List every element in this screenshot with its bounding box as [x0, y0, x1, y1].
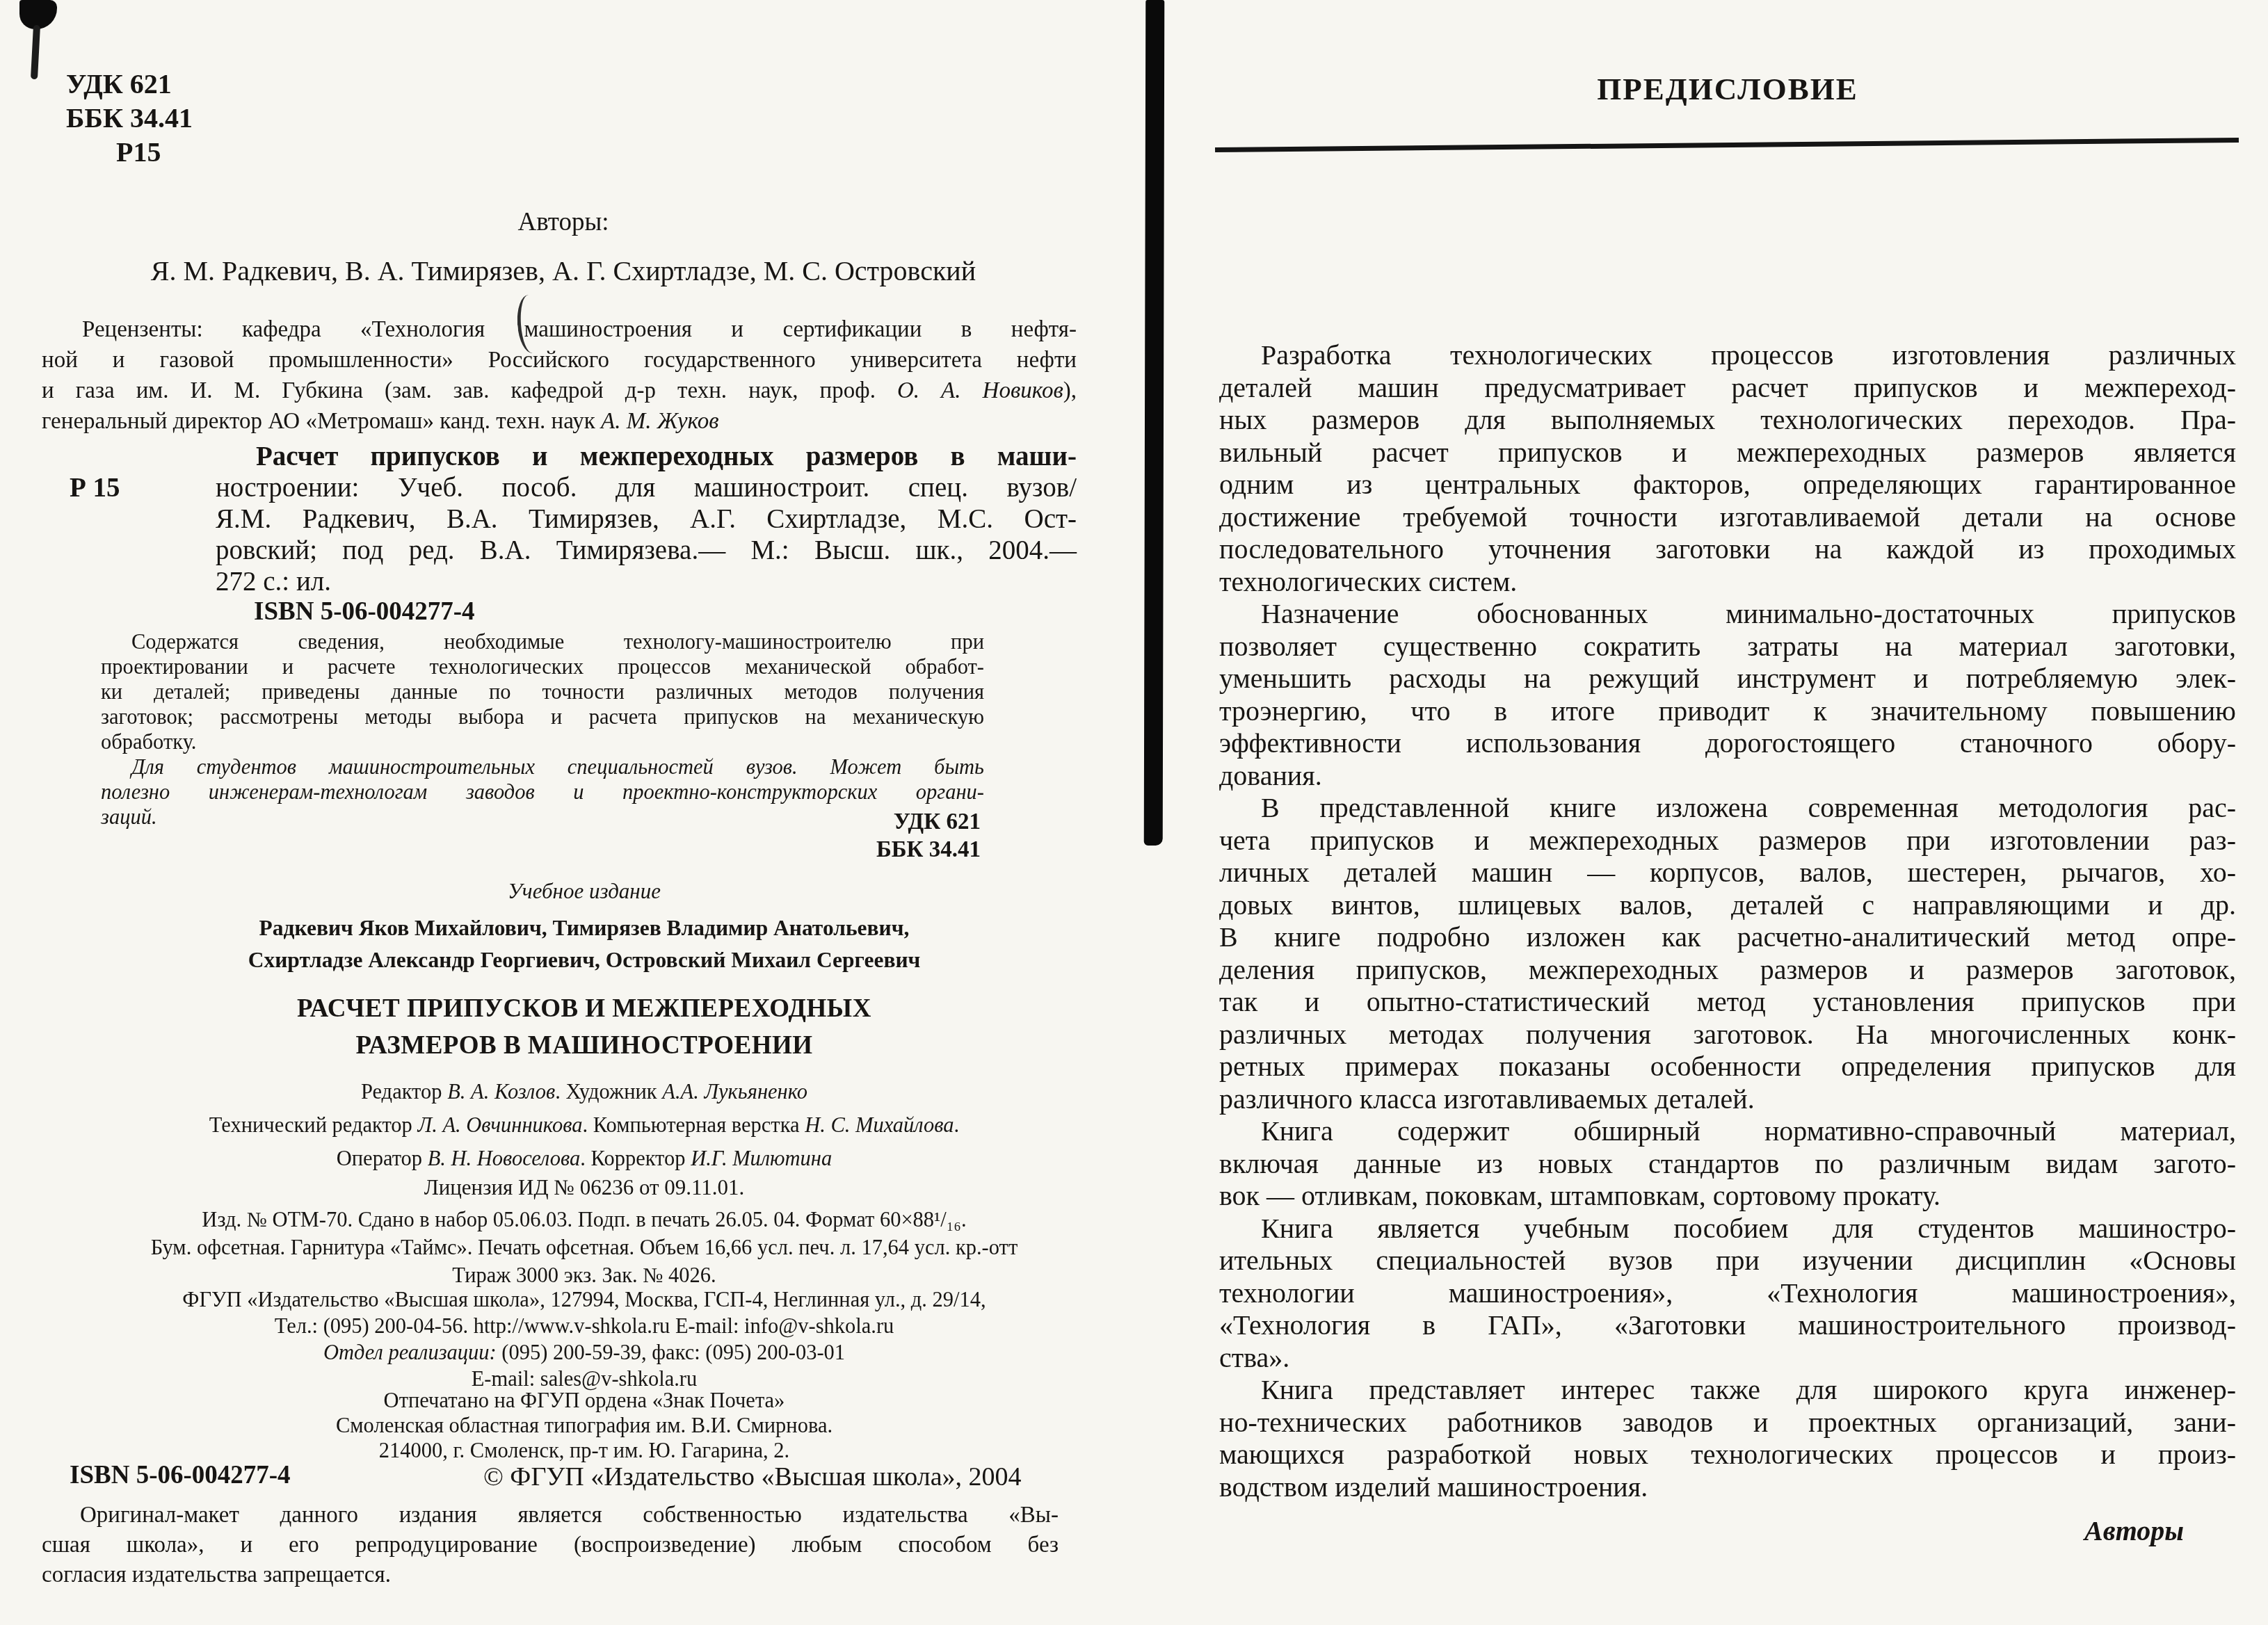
text-line: Изд. № ОТМ-70. Сдано в набор 05.06.03. П…	[63, 1206, 1106, 1234]
text-line: чета припусков и межпереходных размеров …	[1219, 825, 2236, 857]
text-segment: А. М. Жуков	[601, 409, 719, 434]
text-line: ной и газовой промышленности» Российског…	[42, 345, 1077, 375]
catalog-code: Р 15	[70, 472, 120, 503]
text-line: ретных примерах показаны особенности опр…	[1219, 1051, 2236, 1083]
printed-at-details: Отпечатано на ФГУП ордена «Знак Почета»С…	[63, 1388, 1106, 1463]
text-line: технологических систем.	[1219, 566, 2236, 599]
text-line: Радкевич Яков Михайлович, Тимирязев Влад…	[63, 912, 1106, 944]
imprint-page: УДК 621ББК 34.41Р15 Авторы: Я. М. Радкев…	[42, 0, 1085, 1625]
text-segment: (095) 200-59-39, факс: (095) 200-03-01	[497, 1341, 845, 1364]
text-segment: генеральный директор АО «Метромаш» канд.…	[42, 409, 601, 434]
text-line: ББК 34.41	[876, 836, 981, 864]
paragraph: Книга представляет интерес также для шир…	[1219, 1374, 2236, 1503]
text-line: Для студентов машиностроительных специал…	[101, 754, 984, 779]
scan-artifact-smudge	[31, 25, 40, 79]
license-line: Лицензия ИД № 06236 от 09.11.01.	[63, 1175, 1106, 1200]
text-segment: И.Г. Милютина	[691, 1147, 832, 1170]
text-line: В книге подробно изложен как расчетно-ан…	[1219, 921, 2236, 954]
text-line: заготовок; рассмотрены методы выбора и р…	[101, 704, 984, 729]
isbn-copyright-row: ISBN 5-06-004277-4 © ФГУП «Издательство …	[42, 1460, 1085, 1495]
text-line: ных размеров для выполняемых технологиче…	[1219, 404, 2236, 437]
text-line: заций.	[101, 805, 984, 830]
text-segment: и газа им. И. М. Губкина (зам. зав. кафе…	[42, 378, 897, 403]
text-segment: . Корректор	[580, 1147, 691, 1170]
text-line: УДК 621	[876, 808, 981, 836]
text-line: вильный расчет припусков и межпереходных…	[1219, 437, 2236, 469]
book-title: РАСЧЕТ ПРИПУСКОВ И МЕЖПЕРЕХОДНЫХРАЗМЕРОВ…	[63, 990, 1106, 1064]
text-line: мающихся разработкой новых технологическ…	[1219, 1439, 2236, 1471]
text-segment: Отдел реализации:	[323, 1341, 497, 1364]
reproduction-note: Оригинал-макет данного издания является …	[42, 1501, 1059, 1590]
text-line: полезно инженерам-технологам заводов и п…	[101, 779, 984, 805]
book-scan-spread: УДК 621ББК 34.41Р15 Авторы: Я. М. Радкев…	[0, 0, 2268, 1625]
text-line: Книга представляет интерес также для шир…	[1219, 1374, 2236, 1407]
reviewers-paragraph: Рецензенты: кафедра «Технология машиност…	[42, 314, 1077, 437]
text-line: последовательного уточнения заготовки на…	[1219, 533, 2236, 566]
paragraph: Разработка технологических процессов изг…	[1219, 339, 2236, 598]
page-gutter-bar	[1144, 0, 1165, 846]
text-line: различного класса изготавливаемых детале…	[1219, 1083, 2236, 1116]
paragraph: Назначение обоснованных минимально-доста…	[1219, 598, 2236, 792]
text-line: 214000, г. Смоленск, пр-т им. Ю. Гагарин…	[63, 1438, 1106, 1463]
text-line: Отдел реализации: (095) 200-59-39, факс:…	[63, 1339, 1106, 1366]
paragraph: Книга является учебным пособием для студ…	[1219, 1213, 2236, 1375]
text-line: Я.М. Радкевич, В.А. Тимирязев, А.Г. Схир…	[216, 503, 1077, 535]
text-line: и газа им. И. М. Губкина (зам. зав. кафе…	[42, 375, 1077, 406]
text-line: Оператор В. Н. Новоселова. Корректор И.Г…	[63, 1142, 1106, 1175]
preface-title: ПРЕДИСЛОВИЕ	[1219, 71, 2236, 107]
text-line: одним из центральных факторов, определяю…	[1219, 469, 2236, 501]
authors-label: Авторы:	[42, 207, 1085, 237]
text-segment: ),	[1063, 378, 1077, 403]
text-line: Редактор В. А. Козлов. Художник А.А. Лук…	[63, 1075, 1106, 1108]
text-line: Книга является учебным пособием для студ…	[1219, 1213, 2236, 1245]
text-line: Тираж 3000 экз. Зак. № 4026.	[63, 1261, 1106, 1289]
text-line: включая данные из новых стандартов по ра…	[1219, 1148, 2236, 1181]
text-segment: О. А. Новиков	[897, 378, 1063, 403]
text-line: Рецензенты: кафедра «Технология машиност…	[42, 314, 1077, 345]
text-segment: А.А. Лукьяненко	[662, 1080, 807, 1103]
text-line: довых винтов, шлицевых валов, деталей с …	[1219, 889, 2236, 922]
text-line: Оригинал-макет данного издания является …	[42, 1501, 1059, 1530]
text-segment: .	[954, 1113, 960, 1137]
authors-full-names: Радкевич Яков Михайлович, Тимирязев Влад…	[63, 912, 1106, 976]
annotation-paragraph: Содержатся сведения, необходимые техноло…	[101, 629, 984, 830]
text-line: дования.	[1219, 760, 2236, 793]
text-segment: . Компьютерная верстка	[583, 1113, 805, 1137]
text-segment: Л. А. Овчинникова	[417, 1113, 582, 1137]
text-line: «Технология в ГАП», «Заготовки машиностр…	[1219, 1309, 2236, 1342]
text-line: сшая школа», и его репродуцирование (вос…	[42, 1530, 1059, 1560]
text-line: Смоленская областная типография им. В.И.…	[63, 1413, 1106, 1438]
text-line: Содержатся сведения, необходимые техноло…	[101, 629, 984, 654]
text-segment: Н. С. Михайлова	[805, 1113, 954, 1137]
editorial-credits: Редактор В. А. Козлов. Художник А.А. Лук…	[63, 1075, 1106, 1175]
text-line: Разработка технологических процессов изг…	[1219, 339, 2236, 372]
text-line: ства».	[1219, 1342, 2236, 1375]
text-line: Схиртладзе Александр Георгиевич, Островс…	[63, 944, 1106, 976]
text-line: Р15	[66, 135, 193, 169]
text-line: ительных специальностей вузов при изучен…	[1219, 1245, 2236, 1277]
authors-names-line: Я. М. Радкевич, В. А. Тимирязев, А. Г. С…	[42, 254, 1085, 287]
preface-page: ПРЕДИСЛОВИЕ Разработка технологических п…	[1219, 0, 2236, 1625]
text-line: генеральный директор АО «Метромаш» канд.…	[42, 406, 1077, 437]
isbn-top: ISBN 5-06-004277-4	[254, 597, 475, 626]
text-line: Назначение обоснованных минимально-доста…	[1219, 598, 2236, 631]
text-line: деления припусков, межпереходных размеро…	[1219, 954, 2236, 987]
text-line: эффективности использования дорогостояще…	[1219, 727, 2236, 760]
text-segment: Редактор	[361, 1080, 447, 1103]
header-rule	[1215, 138, 2239, 152]
udk-classification-block: УДК 621ББК 34.41Р15	[66, 67, 193, 169]
text-segment: . Художник	[555, 1080, 662, 1103]
text-line: проектировании и расчете технологических…	[101, 654, 984, 679]
text-segment: В. Н. Новоселова	[428, 1147, 581, 1170]
text-line: ки деталей; приведены данные по точности…	[101, 679, 984, 704]
text-line: ББК 34.41	[66, 101, 193, 135]
text-line: различных методах получения заготовок. Н…	[1219, 1019, 2236, 1051]
text-line: вок — отливкам, поковкам, штамповкам, со…	[1219, 1180, 2236, 1213]
publisher-details: ФГУП «Издательство «Высшая школа», 12799…	[63, 1286, 1106, 1392]
text-line: РАСЧЕТ ПРИПУСКОВ И МЕЖПЕРЕХОДНЫХ	[63, 990, 1106, 1027]
text-line: ровский; под ред. В.А. Тимирязева.— М.: …	[216, 535, 1077, 566]
text-line: В представленной книге изложена современ…	[1219, 792, 2236, 825]
text-segment: В. А. Козлов	[447, 1080, 555, 1103]
text-line: ностроении: Учеб. пособ. для машинострои…	[216, 472, 1077, 503]
isbn-bottom: ISBN 5-06-004277-4	[70, 1460, 291, 1490]
text-line: достижение требуемой точности изготавлив…	[1219, 501, 2236, 534]
text-line: Книга содержит обширный нормативно-справ…	[1219, 1115, 2236, 1148]
text-line: позволяет существенно сократить затраты …	[1219, 631, 2236, 663]
text-line: Расчет припусков и межпереходных размеро…	[216, 441, 1077, 472]
edition-note: Учебное издание	[63, 879, 1106, 904]
text-line: так и опытно-статистический метод устано…	[1219, 986, 2236, 1019]
text-line: личных деталей машин — корпусов, валов, …	[1219, 857, 2236, 889]
copyright-line: © ФГУП «Издательство «Высшая школа», 200…	[483, 1462, 1022, 1492]
bibliographic-entry: Расчет припусков и межпереходных размеро…	[42, 441, 1077, 597]
text-line: обработку.	[101, 729, 984, 754]
text-segment: Технический редактор	[209, 1113, 418, 1137]
text-line: РАЗМЕРОВ В МАШИНОСТРОЕНИИ	[63, 1027, 1106, 1064]
text-line: троэнергию, что в итоге приводит к значи…	[1219, 695, 2236, 728]
text-line: но-технических работников заводов и прое…	[1219, 1407, 2236, 1439]
text-line: ФГУП «Издательство «Высшая школа», 12799…	[63, 1286, 1106, 1313]
text-line: Тел.: (095) 200-04-56. http://www.v-shko…	[63, 1313, 1106, 1339]
paragraph: В представленной книге изложена современ…	[1219, 792, 2236, 1115]
text-line: водством изделий машиностроения.	[1219, 1471, 2236, 1504]
text-line: 272 с.: ил.	[216, 566, 1077, 597]
udk-right-block: УДК 621ББК 34.41	[876, 808, 981, 864]
text-line: Технический редактор Л. А. Овчинникова. …	[63, 1108, 1106, 1142]
text-line: Отпечатано на ФГУП ордена «Знак Почета»	[63, 1388, 1106, 1413]
printing-details: Изд. № ОТМ-70. Сдано в набор 05.06.03. П…	[63, 1206, 1106, 1289]
text-segment: Оператор	[337, 1147, 428, 1170]
text-line: согласия издательства запрещается.	[42, 1560, 1059, 1590]
preface-body: Разработка технологических процессов изг…	[1219, 339, 2236, 1503]
paragraph: Книга содержит обширный нормативно-справ…	[1219, 1115, 2236, 1213]
text-line: УДК 621	[66, 67, 193, 101]
text-line: технологии машиностроения», «Технология …	[1219, 1277, 2236, 1310]
text-line: Бум. офсетная. Гарнитура «Таймс». Печать…	[63, 1234, 1106, 1261]
text-line: уменьшить расходы на режущий инструмент …	[1219, 663, 2236, 695]
authors-signature: Авторы	[2084, 1514, 2184, 1547]
text-line: деталей машин предусматривает расчет при…	[1219, 372, 2236, 405]
